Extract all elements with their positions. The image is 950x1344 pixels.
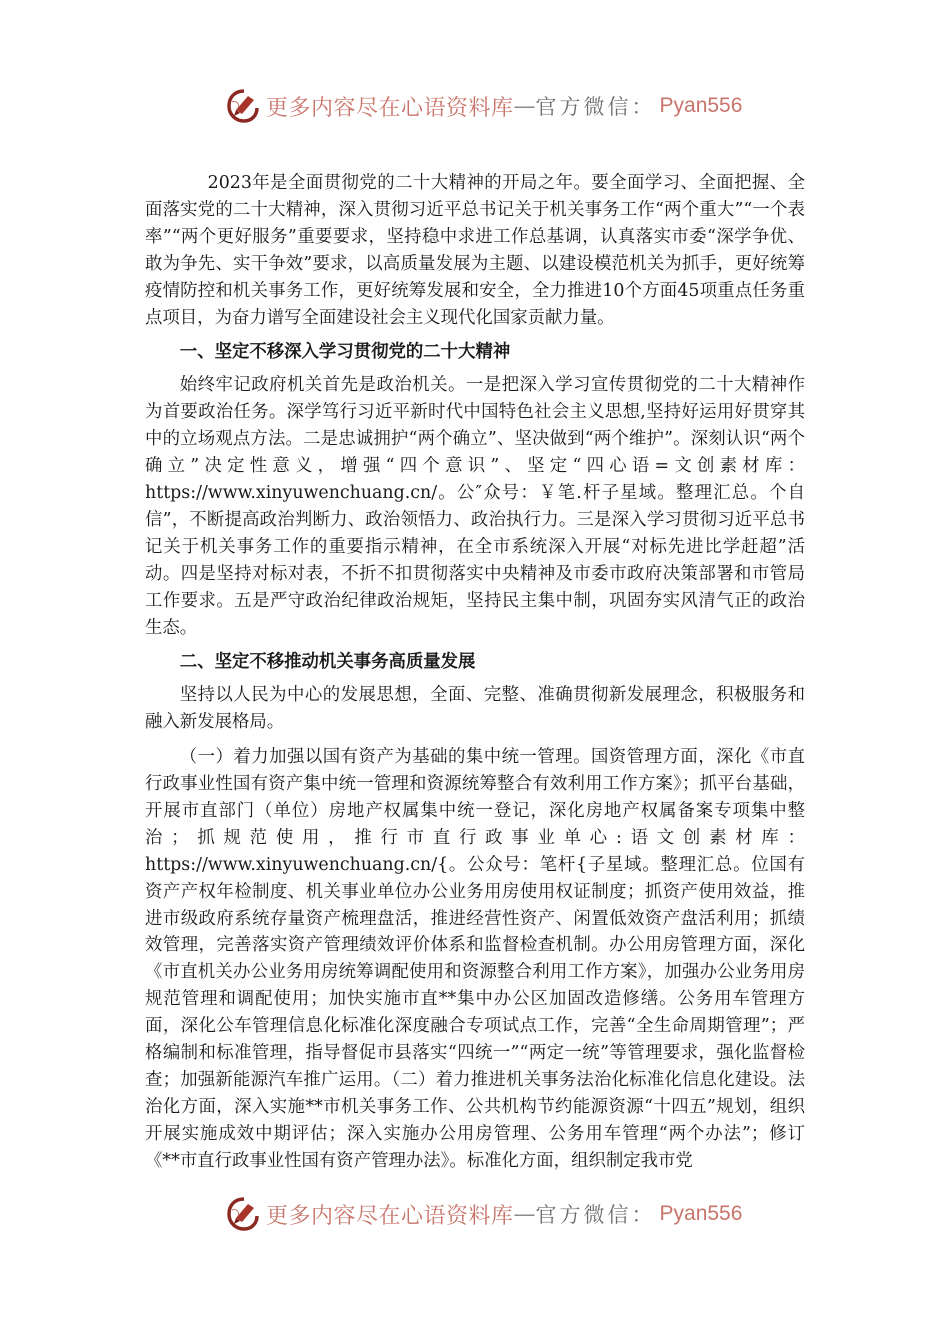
section-2-paragraph: 坚持以人民为中心的发展思想，全面、完整、准确贯彻新发展理念，积极服务和融入新发展… bbox=[145, 682, 805, 736]
banner-title: 更多内容尽在心语资料库 bbox=[266, 1199, 514, 1230]
section-2-heading: 二、坚定不移推动机关事务高质量发展 bbox=[145, 649, 805, 676]
section-2-subsection-paragraph: （一）着力加强以国有资产为基础的集中统一管理。国资管理方面，深化《市直行政事业性… bbox=[145, 744, 805, 1175]
pen-nib-logo-icon bbox=[226, 88, 262, 124]
pen-nib-logo-icon bbox=[226, 1196, 262, 1232]
banner-wechat-id: Pyan556 bbox=[660, 1202, 743, 1226]
banner-wechat-label: 官方微信： bbox=[536, 1199, 656, 1229]
banner-dash: — bbox=[514, 1202, 536, 1227]
banner-wechat-id: Pyan556 bbox=[660, 94, 743, 118]
section-1-paragraph: 始终牢记政府机关首先是政治机关。一是把深入学习宣传贯彻党的二十大精神作为首要政治… bbox=[145, 372, 805, 641]
document-body: 2023年是全面贯彻党的二十大精神的开局之年。要全面学习、全面把握、全面落实党的… bbox=[145, 170, 805, 1175]
header-watermark-banner: 更多内容尽在心语资料库 — 官方微信： Pyan556 bbox=[226, 86, 742, 126]
footer-watermark-banner: 更多内容尽在心语资料库 — 官方微信： Pyan556 bbox=[226, 1194, 742, 1234]
section-1-heading: 一、坚定不移深入学习贯彻党的二十大精神 bbox=[145, 339, 805, 366]
banner-wechat-label: 官方微信： bbox=[536, 91, 656, 121]
intro-paragraph: 2023年是全面贯彻党的二十大精神的开局之年。要全面学习、全面把握、全面落实党的… bbox=[145, 170, 805, 331]
banner-dash: — bbox=[514, 94, 536, 119]
banner-title: 更多内容尽在心语资料库 bbox=[266, 91, 514, 122]
